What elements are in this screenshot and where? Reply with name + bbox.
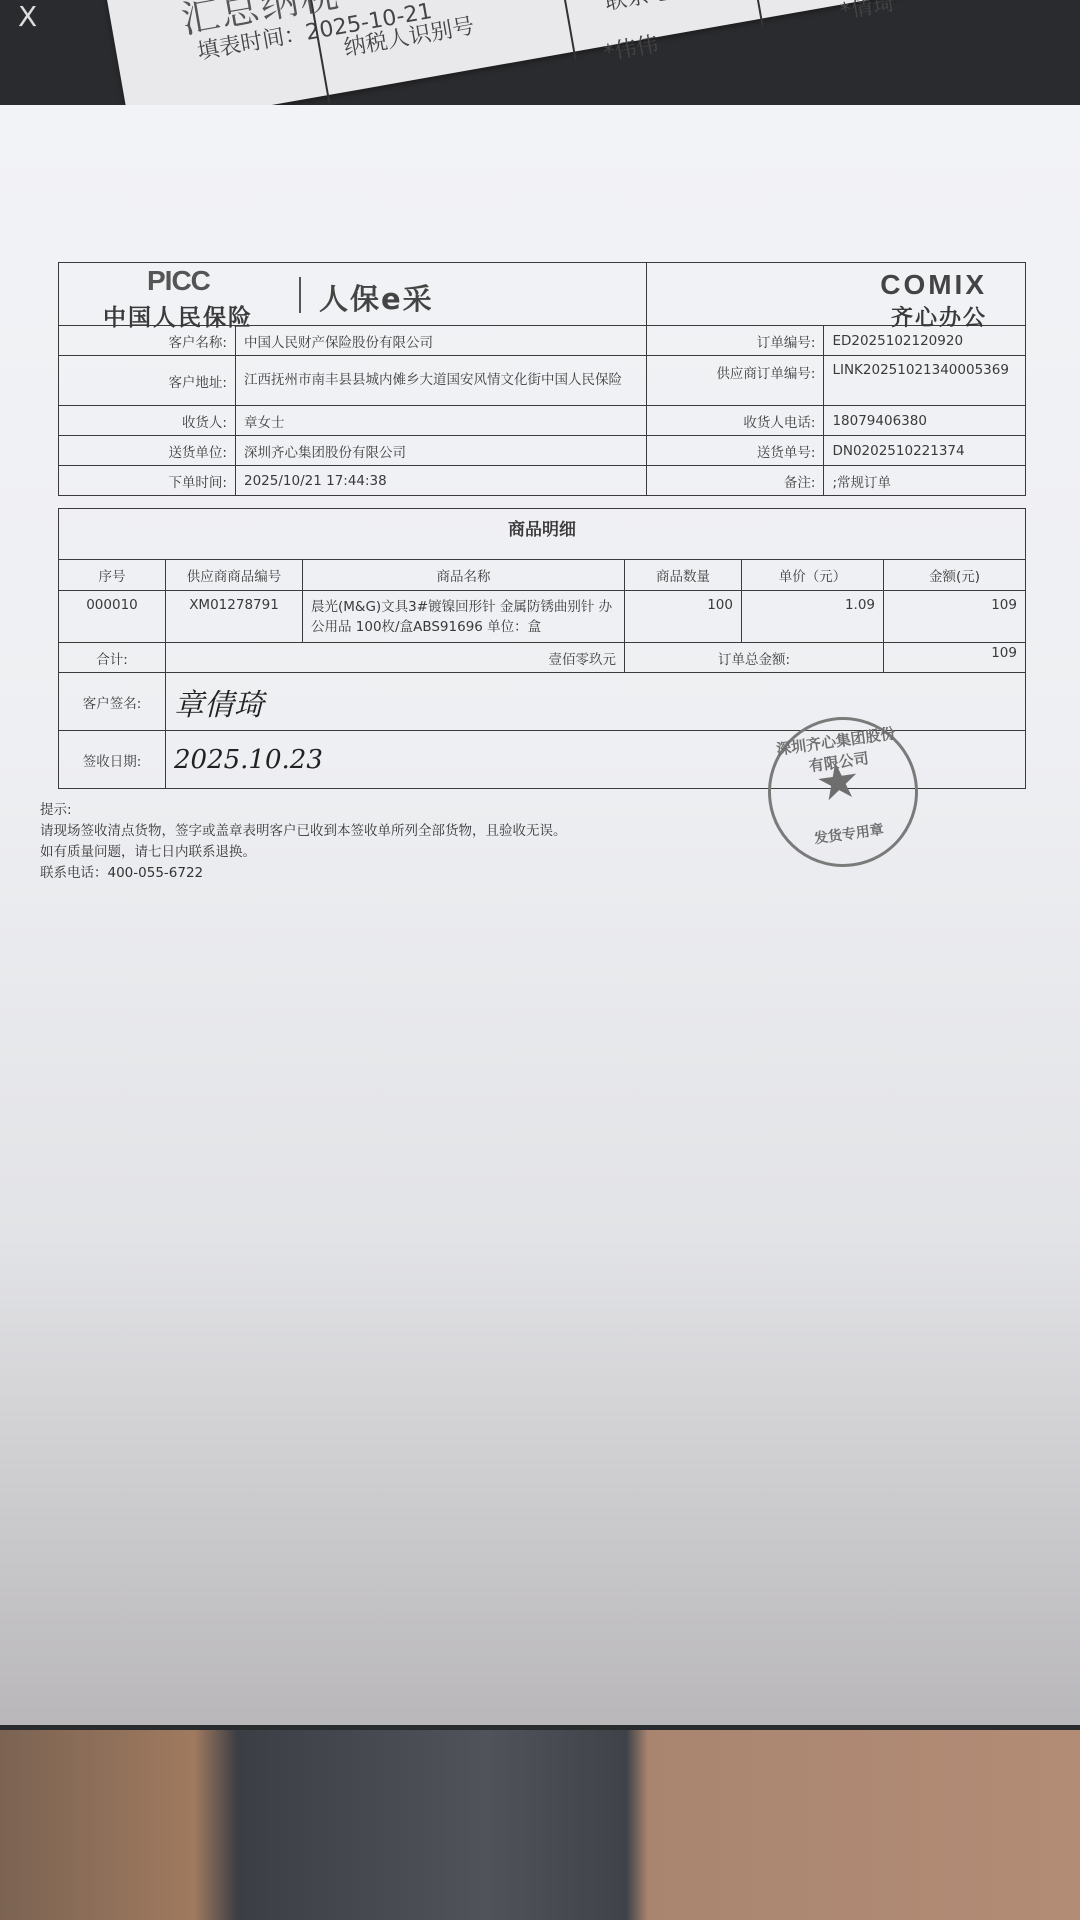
- picc-logo-cell: PICC 中国人民保险 人保e采: [59, 263, 647, 326]
- order-info-table: PICC 中国人民保险 人保e采 COMIX 齐心办公 客户名称: 中国人民财产…: [58, 262, 1026, 496]
- customer-sign-label: 客户签名:: [59, 673, 166, 731]
- col-unit-price: 单价（元）: [742, 560, 884, 591]
- sign-date-label: 签收日期:: [59, 731, 166, 789]
- row-amount: 109: [884, 591, 1026, 643]
- notes-line: 请现场签收清点货物，签字或盖章表明客户已收到本签收单所列全部货物，且验收无误。: [40, 821, 567, 842]
- receiver-phone: 18079406380: [824, 406, 1026, 436]
- logo-divider: [299, 277, 301, 313]
- comix-name: 齐心办公: [891, 301, 987, 332]
- customer-address-label: 客户地址:: [59, 356, 236, 406]
- customer-signature-text: 章倩琦: [174, 688, 264, 723]
- supplier-order-no-label: 供应商订单编号:: [647, 356, 824, 406]
- picc-name: 中国人民保险: [103, 299, 253, 332]
- customer-address: 江西抚州市南丰县县城内傩乡大道国安风情文化街中国人民保险: [236, 356, 647, 406]
- col-qty: 商品数量: [625, 560, 742, 591]
- total-in-words: 壹佰零玖元: [166, 643, 625, 673]
- close-icon: X: [18, 0, 37, 33]
- delivery-unit: 深圳齐心集团股份有限公司: [236, 436, 647, 466]
- order-total: 109: [884, 643, 1026, 673]
- receiver-phone-label: 收货人电话:: [647, 406, 824, 436]
- customer-name: 中国人民财产保险股份有限公司: [236, 326, 647, 356]
- row-sku: XM01278791: [166, 591, 303, 643]
- delivery-receipt-paper: PICC 中国人民保险 人保e采 COMIX 齐心办公 客户名称: 中国人民财产…: [0, 105, 1080, 1725]
- seal-bottom-text: 发货专用章: [776, 814, 921, 854]
- notes: 提示: 请现场签收清点货物，签字或盖章表明客户已收到本签收单所列全部货物，且验收…: [40, 800, 567, 884]
- renbao-ecai-logo: 人保e采: [319, 277, 434, 318]
- comix-logo-cell: COMIX 齐心办公: [647, 263, 1026, 326]
- order-total-label: 订单总金额:: [625, 643, 884, 673]
- goods-title: 商品明细: [59, 509, 1026, 560]
- delivery-no: DN0202510221374: [824, 436, 1026, 466]
- remark: ;常规订单: [824, 466, 1026, 496]
- delivery-no-label: 送货单号:: [647, 436, 824, 466]
- order-time-label: 下单时间:: [59, 466, 236, 496]
- sign-date-text: 2025.10.23: [174, 745, 323, 775]
- row-seq: 000010: [59, 591, 166, 643]
- total-label: 合计:: [59, 643, 166, 673]
- delivery-unit-label: 送货单位:: [59, 436, 236, 466]
- receiver: 章女士: [236, 406, 647, 436]
- col-seq: 序号: [59, 560, 166, 591]
- table-row: 000010 XM01278791 晨光(M&G)文具3#镀镍回形针 金属防锈曲…: [59, 591, 1026, 643]
- row-name: 晨光(M&G)文具3#镀镍回形针 金属防锈曲别针 办公用品 100枚/盒ABS9…: [303, 591, 625, 643]
- col-name: 商品名称: [303, 560, 625, 591]
- background-cell: *倩琦: [837, 0, 897, 26]
- receiver-label: 收货人:: [59, 406, 236, 436]
- order-no-label: 订单编号:: [647, 326, 824, 356]
- col-amount: 金额(元): [884, 560, 1026, 591]
- remark-label: 备注:: [647, 466, 824, 496]
- star-icon: ★: [812, 754, 863, 810]
- order-time: 2025/10/21 17:44:38: [236, 466, 647, 496]
- picc-logo: PICC: [147, 265, 210, 297]
- row-unit-price: 1.09: [742, 591, 884, 643]
- receipt-form: PICC 中国人民保险 人保e采 COMIX 齐心办公 客户名称: 中国人民财产…: [58, 262, 1026, 789]
- col-sku: 供应商商品编号: [166, 560, 303, 591]
- notes-line: 如有质量问题，请七日内联系退换。: [40, 842, 567, 863]
- row-qty: 100: [625, 591, 742, 643]
- background-surface: [0, 1730, 1080, 1920]
- comix-logo: COMIX: [880, 269, 987, 301]
- contact-phone: 联系电话：400-055-6722: [40, 863, 567, 884]
- supplier-order-no: LINK20251021340005369: [824, 356, 1026, 406]
- notes-title: 提示:: [40, 800, 567, 821]
